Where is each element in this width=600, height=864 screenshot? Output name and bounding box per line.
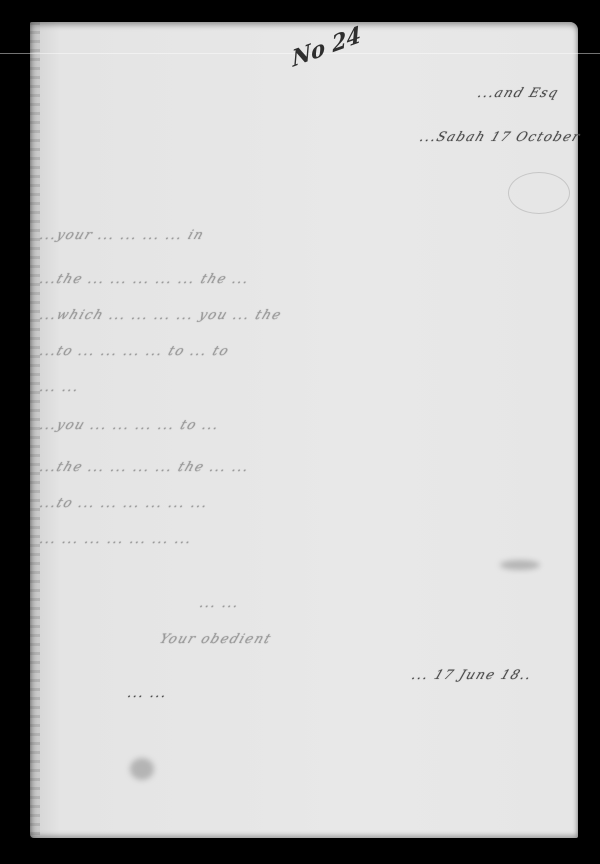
faded-stamp-mark [508, 172, 570, 214]
ink-smudge [130, 758, 154, 780]
body-line-1: ...your ... ... ... ... in [37, 228, 206, 243]
body-line-4: ...to ... ... ... ... to ... to [37, 344, 231, 359]
header-address-line-2: ...Sabah 17 October [417, 130, 582, 145]
body-line-5: ... ... [37, 380, 82, 395]
body-line-3: ...which ... ... ... ... you ... the [37, 308, 284, 323]
ink-smudge [500, 560, 540, 570]
closing-date-line: ... 17 June 18.. [409, 668, 534, 683]
closing-valediction: Your obedient [157, 632, 274, 647]
body-line-8: ...to ... ... ... ... ... ... [37, 496, 211, 511]
body-line-2: ...the ... ... ... ... ... the ... [37, 272, 252, 287]
signature: ... ... [125, 686, 170, 701]
body-line-9: ... ... ... ... ... ... ... [37, 532, 195, 547]
closing-salutation: ... ... [197, 596, 242, 611]
body-line-7: ...the ... ... ... ... the ... ... [37, 460, 252, 475]
header-address-line-1: ...and Esq [475, 86, 561, 101]
body-line-6: ...you ... ... ... ... to ... [37, 418, 222, 433]
